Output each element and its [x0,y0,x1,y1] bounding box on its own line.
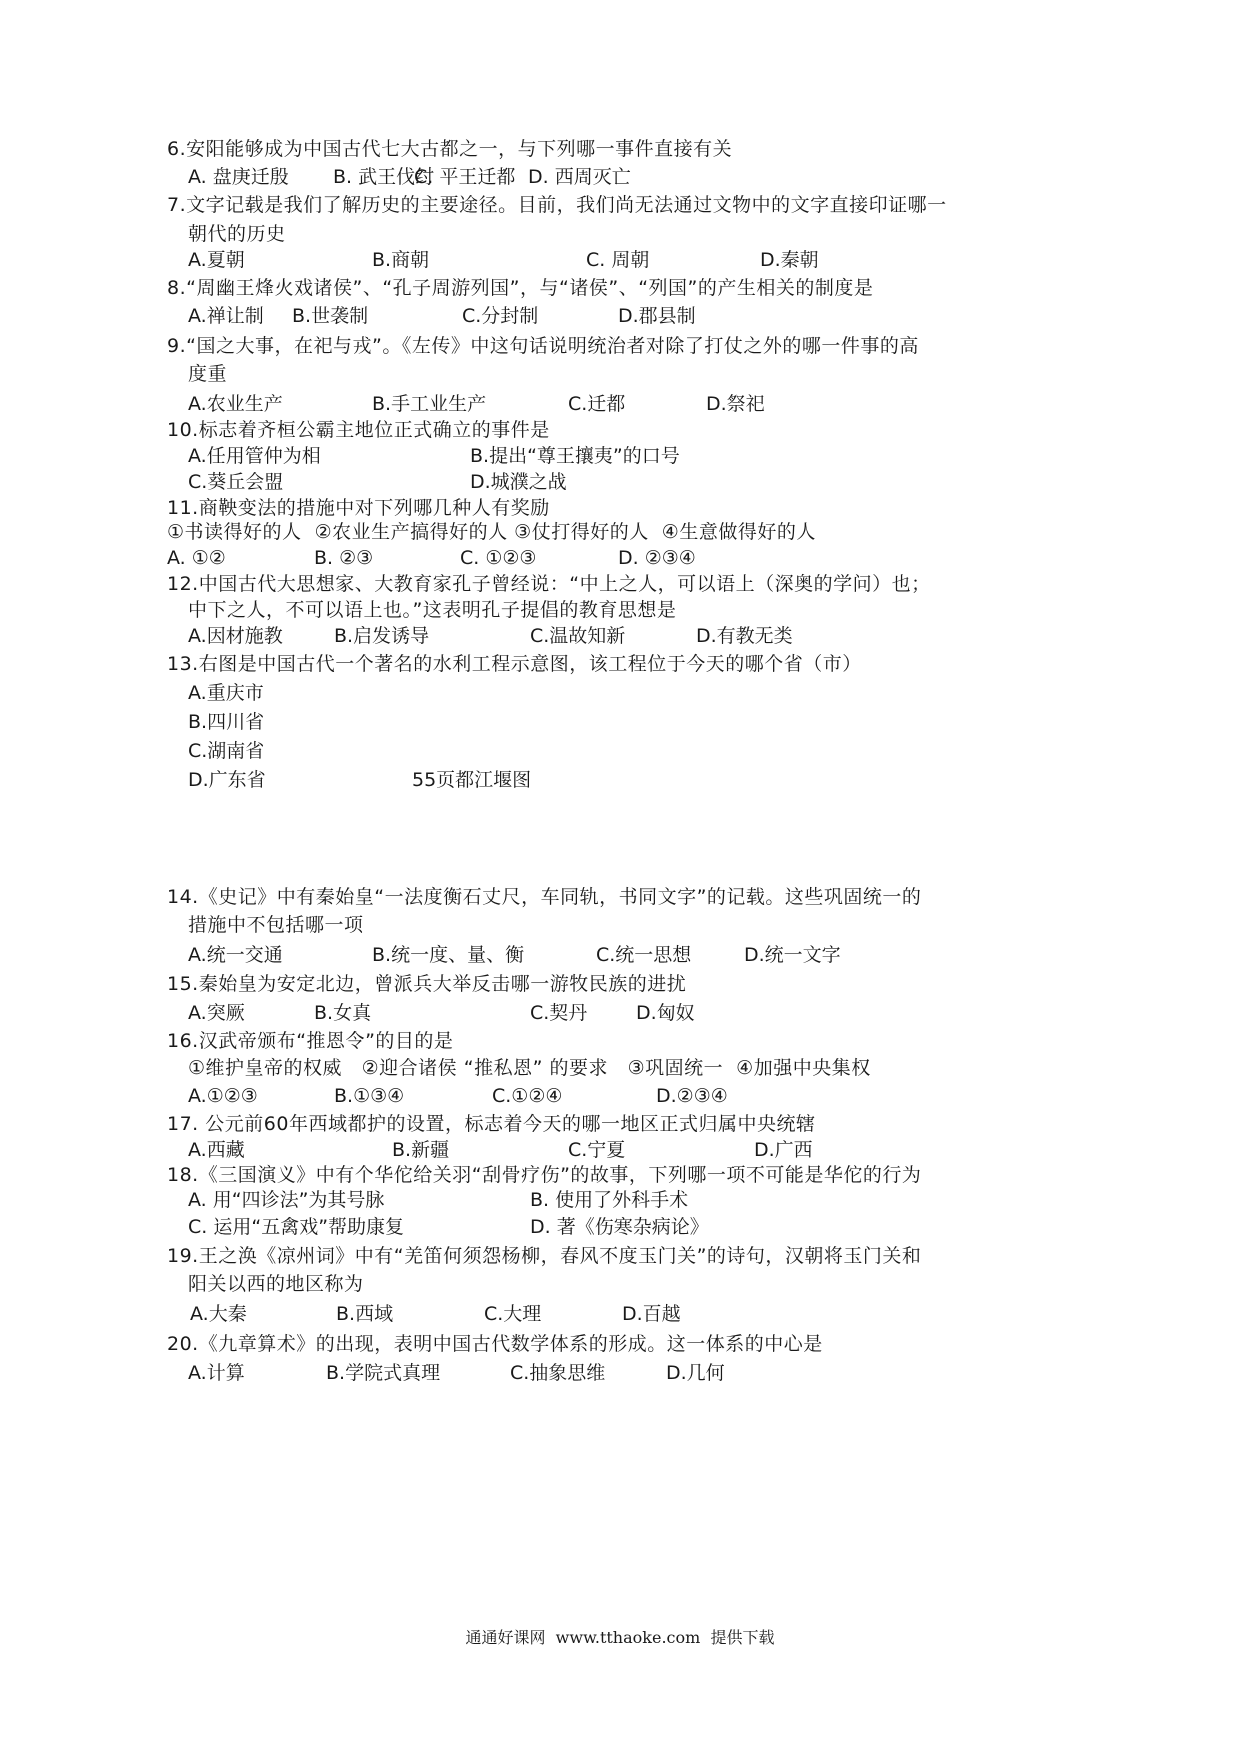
question-stem: 文字记载是我们了解历史的主要途径。目前，我们尚无法通过文物中的文字直接印证哪一 [186,194,947,216]
option-d: D. ②③④ [618,546,696,570]
option-d: D.有教无类 [696,624,793,648]
option-a: A.因材施教 [188,624,283,648]
option-d: D.百越 [622,1302,681,1326]
question-number: 16. [167,1030,199,1052]
question-19: 19.王之涣《凉州词》中有“羌笛何须怨杨柳，春风不度玉门关”的诗句，汉朝将玉门关… [167,1244,921,1268]
question-stem: 汉武帝颁布“推恩令”的目的是 [199,1030,454,1052]
option-b: B.统一度、量、衡 [372,943,524,967]
question-stem-cont: 朝代的历史 [188,222,286,246]
question-10: 10.标志着齐桓公霸主地位正式确立的事件是 [167,418,550,442]
option-a: A.大秦 [190,1302,247,1326]
option-b: B.新疆 [392,1138,449,1162]
question-number: 17. [167,1113,199,1135]
question-number: 6. [167,138,186,160]
question-stem: “国之大事，在祀与戎”。《左传》中这句话说明统治者对除了打仗之外的哪一件事的高 [186,335,919,357]
question-sub-items: ①书读得好的人 ②农业生产搞得好的人 ③仗打得好的人 ④生意做得好的人 [167,520,816,544]
question-9: 9.“国之大事，在祀与戎”。《左传》中这句话说明统治者对除了打仗之外的哪一件事的… [167,334,919,358]
question-16: 16.汉武帝颁布“推恩令”的目的是 [167,1029,453,1053]
option-b: B.四川省 [188,710,264,734]
option-c: C.①②④ [492,1084,562,1108]
question-number: 8. [167,277,186,299]
option-b: B.启发诱导 [334,624,429,648]
option-b: B.学院式真理 [326,1361,440,1385]
question-stem: 安阳能够成为中国古代七大古都之一，与下列哪一事件直接有关 [186,138,732,160]
question-14: 14.《史记》中有秦始皇“一法度衡石丈尺，车同轨，书同文字”的记载。这些巩固统一… [167,885,921,909]
question-number: 20. [167,1333,199,1355]
question-number: 14. [167,886,199,908]
question-number: 19. [167,1245,199,1267]
question-15: 15.秦始皇为安定北边，曾派兵大举反击哪一游牧民族的进扰 [167,972,686,996]
option-d: D.城濮之战 [470,470,567,494]
question-number: 18. [167,1164,199,1186]
option-c: C.统一思想 [596,943,691,967]
option-c: C.宁夏 [568,1138,625,1162]
option-a: A.重庆市 [188,681,264,705]
option-b: B.手工业生产 [372,392,486,416]
question-stem: 右图是中国古代一个著名的水利工程示意图，该工程位于今天的哪个省（市） [199,653,862,675]
option-a: A. 盘庚迁殷 [188,165,289,189]
question-12: 12.中国古代大思想家、大教育家孔子曾经说：“中上之人，可以语上（深奥的学问）也… [167,572,931,596]
option-a: A.①②③ [188,1084,258,1108]
option-d: D.郡县制 [618,304,696,328]
option-b: B.①③④ [334,1084,404,1108]
option-d: D.广西 [754,1138,813,1162]
question-stem-cont: 阳关以西的地区称为 [188,1272,364,1296]
option-b: B.商朝 [372,248,429,272]
option-b: B.提出“尊王攘夷”的口号 [470,444,680,468]
option-a: A.计算 [188,1361,245,1385]
option-d: D.②③④ [656,1084,728,1108]
option-d: D.祭祀 [706,392,765,416]
option-d: D.几何 [666,1361,725,1385]
option-c: C.湖南省 [188,739,264,763]
question-17: 17. 公元前60年西域都护的设置，标志着今天的哪一地区正式归属中央统辖 [167,1112,815,1136]
question-number: 9. [167,335,186,357]
question-stem-cont: 度重 [188,362,227,386]
option-a: A.夏朝 [188,248,245,272]
option-b: B.世袭制 [292,304,368,328]
question-stem: 《史记》中有秦始皇“一法度衡石丈尺，车同轨，书同文字”的记载。这些巩固统一的 [199,886,922,908]
option-a: A. 用“四诊法”为其号脉 [188,1188,384,1212]
option-c: C.分封制 [462,304,538,328]
option-c: C.抽象思维 [510,1361,605,1385]
option-d: D. 西周灭亡 [528,165,631,189]
option-a: A.农业生产 [188,392,283,416]
question-stem: 秦始皇为安定北边，曾派兵大举反击哪一游牧民族的进扰 [199,973,687,995]
option-b: B.西域 [336,1302,393,1326]
question-stem: 商鞅变法的措施中对下列哪几种人有奖励 [199,497,550,519]
figure-caption: 55页都江堰图 [412,768,531,792]
option-a: A.突厥 [188,1001,245,1025]
option-c: C. 平王迁都 [414,165,515,189]
option-c: C.葵丘会盟 [188,470,283,494]
option-d: D.匈奴 [636,1001,695,1025]
option-c: C.契丹 [530,1001,587,1025]
question-stem: 公元前60年西域都护的设置，标志着今天的哪一地区正式归属中央统辖 [205,1113,815,1135]
option-c: C. 周朝 [586,248,649,272]
option-c: C.迁都 [568,392,625,416]
question-stem: “周幽王烽火戏诸侯”、“孔子周游列国”，与“诸侯”、“列国”的产生相关的制度是 [186,277,873,299]
question-stem: 中国古代大思想家、大教育家孔子曾经说：“中上之人，可以语上（深奥的学问）也； [199,573,931,595]
question-7: 7.文字记载是我们了解历史的主要途径。目前，我们尚无法通过文物中的文字直接印证哪… [167,193,947,217]
option-c: C.温故知新 [530,624,625,648]
question-13: 13.右图是中国古代一个著名的水利工程示意图，该工程位于今天的哪个省（市） [167,652,862,676]
question-number: 10. [167,419,199,441]
option-d: D.统一文字 [744,943,841,967]
option-a: A.禅让制 [188,304,264,328]
question-stem-cont: 中下之人，不可以语上也。”这表明孔子提倡的教育思想是 [188,598,676,622]
question-stem: 《九章算术》的出现，表明中国古代数学体系的形成。这一体系的中心是 [199,1333,823,1355]
option-a: A.任用管仲为相 [188,444,321,468]
option-c: C.大理 [484,1302,541,1326]
option-a: A. ①② [167,546,226,570]
question-stem-cont: 措施中不包括哪一项 [188,913,364,937]
option-b: B.女真 [314,1001,371,1025]
question-number: 15. [167,973,199,995]
question-18: 18.《三国演义》中有个华佗给关羽“刮骨疗伤”的故事，下列哪一项不可能是华佗的行… [167,1163,921,1187]
question-number: 11. [167,497,199,519]
question-20: 20.《九章算术》的出现，表明中国古代数学体系的形成。这一体系的中心是 [167,1332,823,1356]
footer-source: 通通好课网 www.tthaoke.com 提供下载 [0,1628,1240,1648]
question-stem: 《三国演义》中有个华佗给关羽“刮骨疗伤”的故事，下列哪一项不可能是华佗的行为 [199,1164,922,1186]
question-number: 13. [167,653,199,675]
question-sub-items: ①维护皇帝的权威 ②迎合诸侯 “推私恩” 的要求 ③巩固统一 ④加强中央集权 [188,1056,871,1080]
option-b: B. 使用了外科手术 [530,1188,688,1212]
option-d: D.广东省 [188,768,266,792]
question-11: 11.商鞅变法的措施中对下列哪几种人有奖励 [167,496,550,520]
option-d: D.秦朝 [760,248,819,272]
question-number: 12. [167,573,199,595]
option-c: C. 运用“五禽戏”帮助康复 [188,1215,404,1239]
option-b: B. ②③ [314,546,373,570]
question-number: 7. [167,194,186,216]
option-a: A.西藏 [188,1138,245,1162]
question-8: 8.“周幽王烽火戏诸侯”、“孔子周游列国”，与“诸侯”、“列国”的产生相关的制度… [167,276,873,300]
option-d: D. 著《伤寒杂病论》 [530,1215,709,1239]
question-stem: 王之涣《凉州词》中有“羌笛何须怨杨柳，春风不度玉门关”的诗句，汉朝将玉门关和 [199,1245,922,1267]
option-c: C. ①②③ [460,546,536,570]
question-stem: 标志着齐桓公霸主地位正式确立的事件是 [199,419,550,441]
option-a: A.统一交通 [188,943,283,967]
question-6: 6.安阳能够成为中国古代七大古都之一，与下列哪一事件直接有关 [167,137,732,161]
exam-page: 6.安阳能够成为中国古代七大古都之一，与下列哪一事件直接有关 A. 盘庚迁殷 B… [0,0,1240,1754]
